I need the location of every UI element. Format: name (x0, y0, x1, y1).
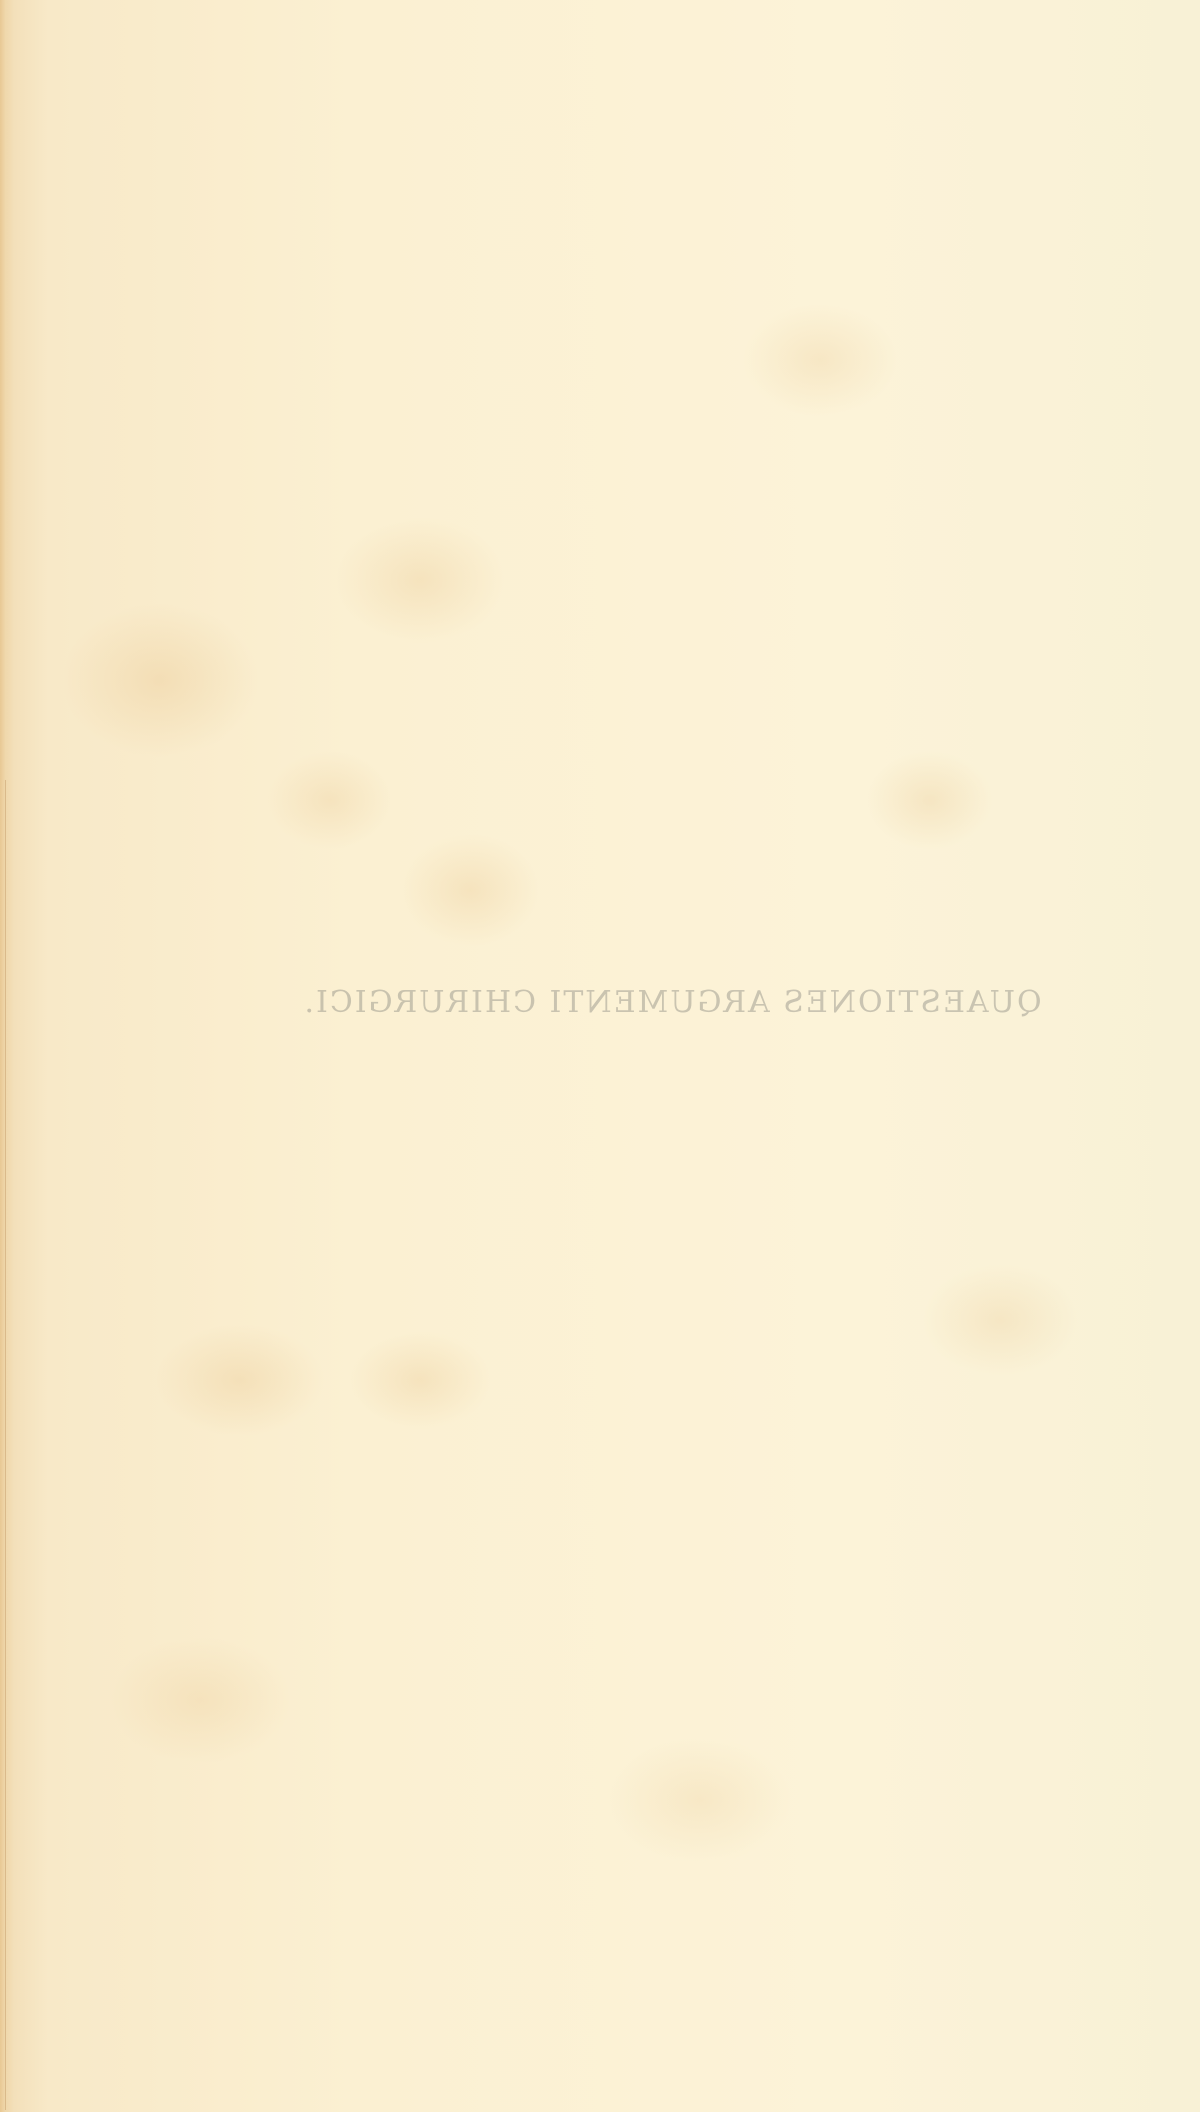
bleed-through-title: QUAESTIONES ARGUMENTI CHIRURGICI. (262, 985, 1082, 1020)
page-edge (0, 0, 14, 2112)
book-page: QUAESTIONES ARGUMENTI CHIRURGICI. (0, 0, 1200, 2112)
page-edge-line (5, 780, 6, 2110)
